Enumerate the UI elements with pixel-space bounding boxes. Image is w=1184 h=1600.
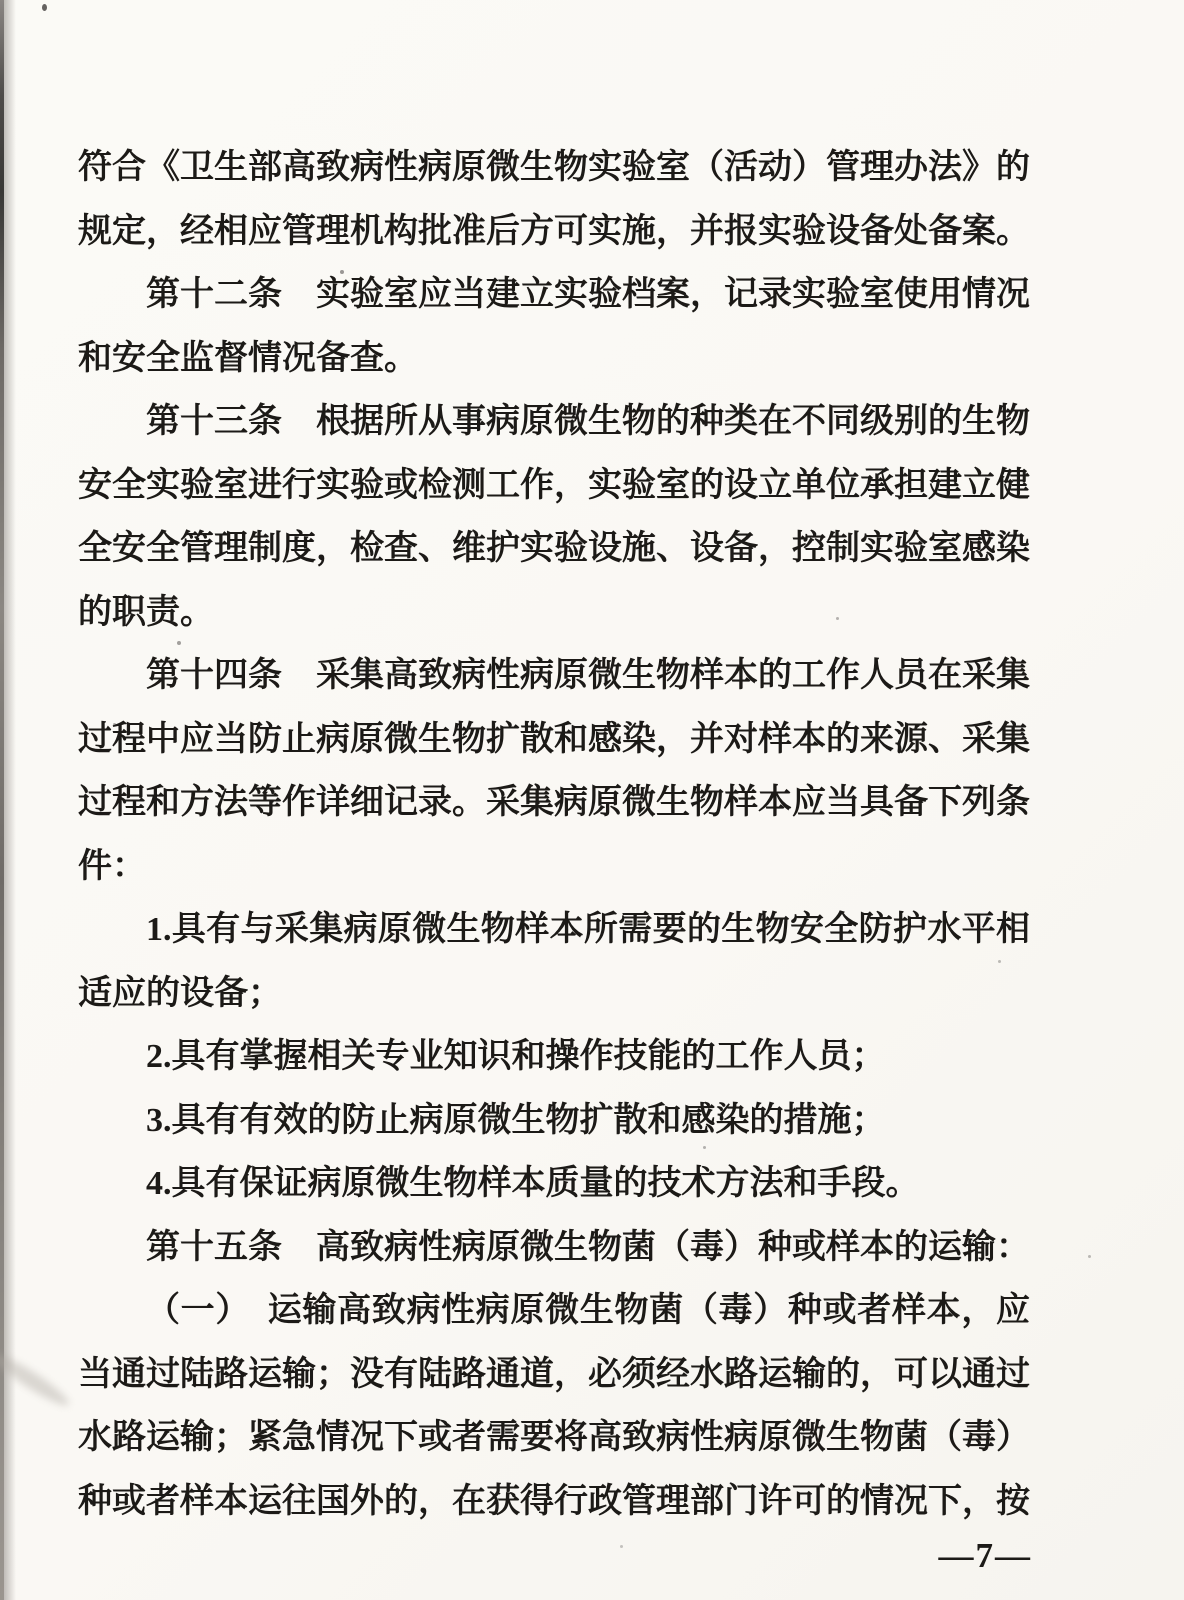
document-body: 符合《卫生部高致病性病原微生物实验室（活动）管理办法》的规定，经相应管理机构批准… (78, 136, 1030, 1533)
text-line: 第十五条 高致病性病原微生物菌（毒）种或样本的运输： (78, 1216, 1030, 1280)
text-line: 2.具有掌握相关专业知识和操作技能的工作人员； (78, 1025, 1030, 1089)
document-page: 符合《卫生部高致病性病原微生物实验室（活动）管理办法》的规定，经相应管理机构批准… (0, 0, 1184, 1600)
text-line: 4.具有保证病原微生物样本质量的技术方法和手段。 (78, 1152, 1030, 1216)
text-line: 第十四条 采集高致病性病原微生物样本的工作人员在采集 (78, 644, 1030, 708)
text-line: 的职责。 (78, 581, 1030, 645)
text-line: （一） 运输高致病性病原微生物菌（毒）种或者样本，应 (78, 1279, 1030, 1343)
text-line: 3.具有有效的防止病原微生物扩散和感染的措施； (78, 1089, 1030, 1153)
scan-speck (42, 4, 47, 11)
text-line: 全安全管理制度，检查、维护实验设施、设备，控制实验室感染 (78, 517, 1030, 581)
text-line: 过程和方法等作详细记录。采集病原微生物样本应当具备下列条 (78, 771, 1030, 835)
text-line: 件： (78, 835, 1030, 899)
text-line: 安全实验室进行实验或检测工作，实验室的设立单位承担建立健 (78, 454, 1030, 518)
text-line: 规定，经相应管理机构批准后方可实施，并报实验设备处备案。 (78, 200, 1030, 264)
text-line: 当通过陆路运输；没有陆路通道，必须经水路运输的，可以通过 (78, 1343, 1030, 1407)
text-line: 1.具有与采集病原微生物样本所需要的生物安全防护水平相 (78, 898, 1030, 962)
text-line: 第十二条 实验室应当建立实验档案，记录实验室使用情况 (78, 263, 1030, 327)
text-line: 和安全监督情况备查。 (78, 327, 1030, 391)
text-line: 符合《卫生部高致病性病原微生物实验室（活动）管理办法》的 (78, 136, 1030, 200)
text-line: 第十三条 根据所从事病原微生物的种类在不同级别的生物 (78, 390, 1030, 454)
scan-speck (620, 1545, 623, 1548)
text-line: 适应的设备； (78, 962, 1030, 1026)
text-line: 种或者样本运往国外的，在获得行政管理部门许可的情况下，按 (78, 1470, 1030, 1534)
text-line: 过程中应当防止病原微生物扩散和感染，并对样本的来源、采集 (78, 708, 1030, 772)
text-line: 水路运输；紧急情况下或者需要将高致病性病原微生物菌（毒） (78, 1406, 1030, 1470)
page-number: —7— (939, 1536, 1033, 1576)
scan-speck (1088, 1255, 1091, 1258)
